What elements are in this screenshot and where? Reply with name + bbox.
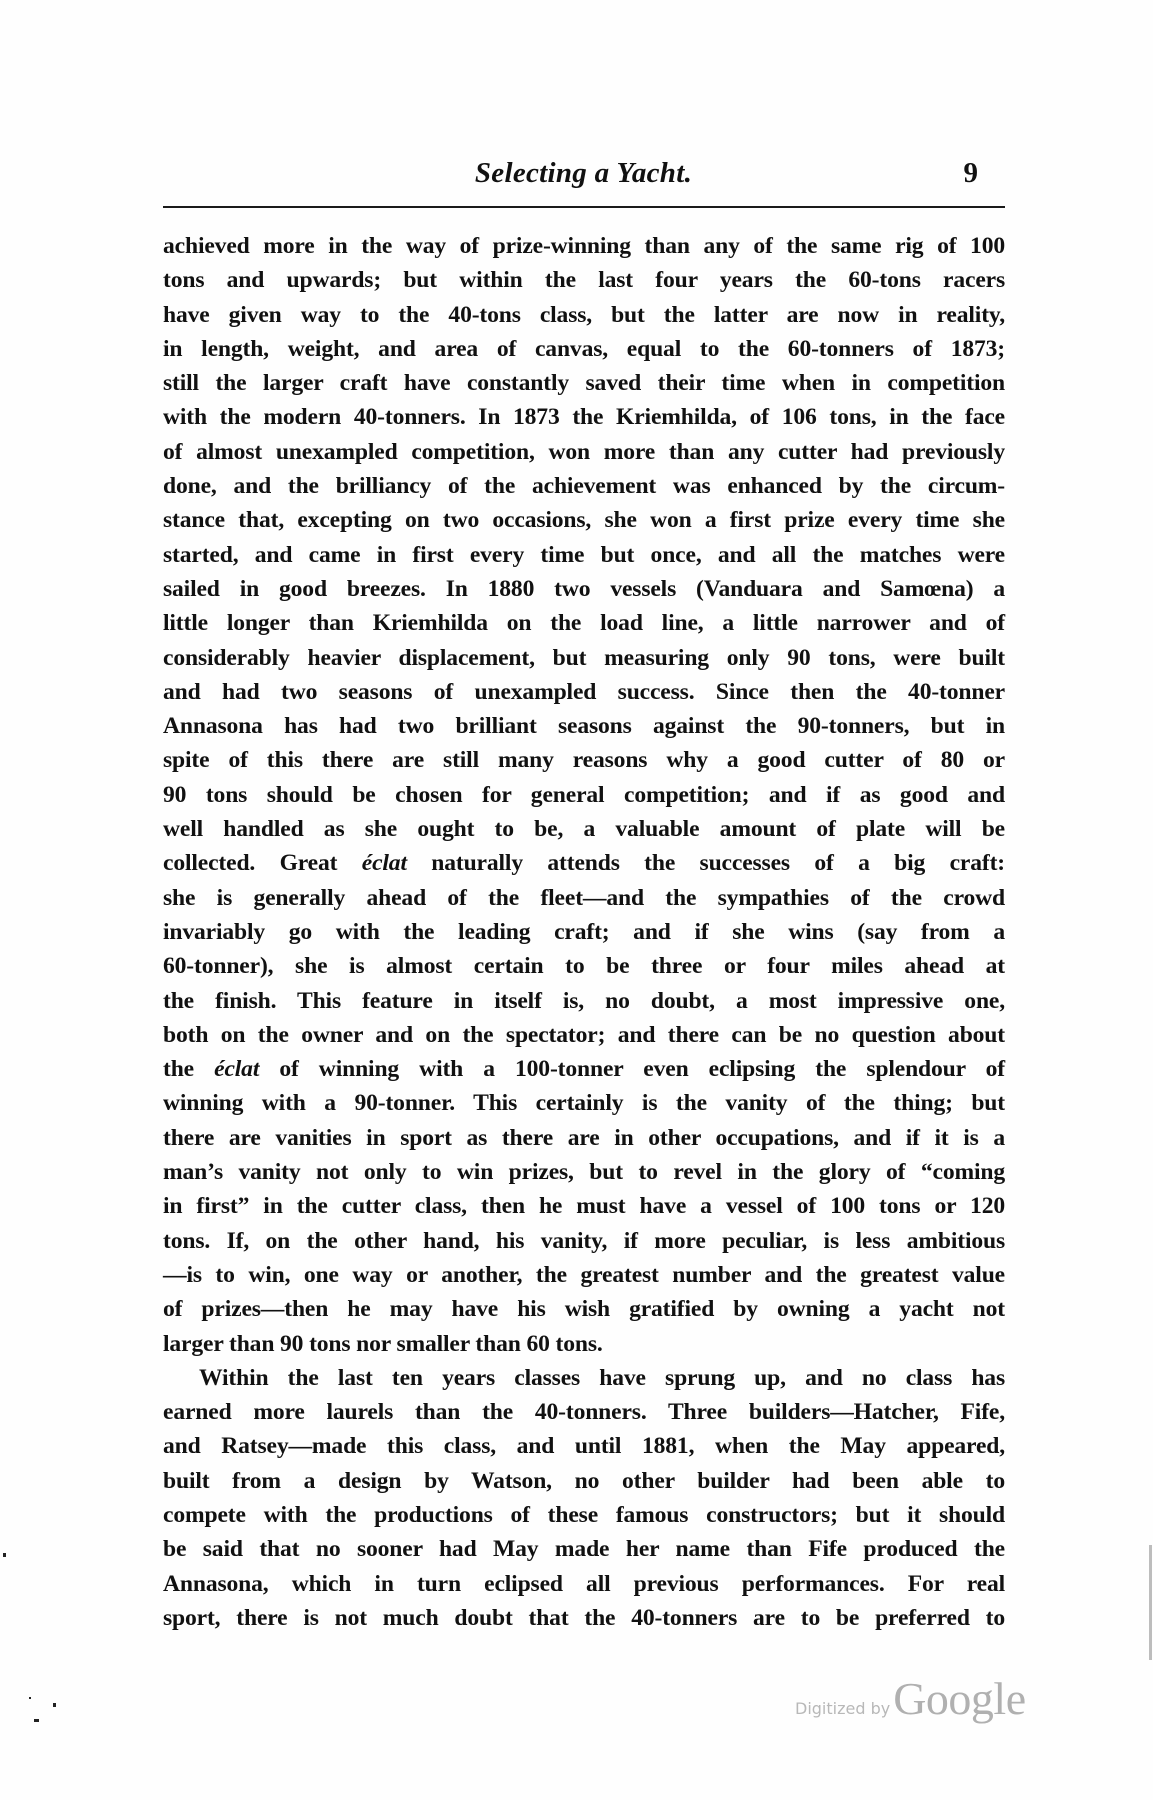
watermark-prefix: Digitized by	[795, 1699, 890, 1718]
text-line: she is generally ahead of the fleet—and …	[163, 881, 1005, 915]
text-line: 90 tons should be chosen for general com…	[163, 778, 1005, 812]
text-line: in length, weight, and area of canvas, e…	[163, 332, 1005, 366]
text-line: compete with the productions of these fa…	[163, 1498, 1005, 1532]
google-logo: Google	[893, 1673, 1025, 1724]
text-line: have given way to the 40-tons class, but…	[163, 298, 1005, 332]
text-line: sport, there is not much doubt that the …	[163, 1601, 1005, 1635]
text-line: 60-tonner), she is almost certain to be …	[163, 949, 1005, 983]
book-page: Selecting a Yacht. 9 achieved more in th…	[0, 0, 1153, 1800]
text-line: sailed in good breezes. In 1880 two vess…	[163, 572, 1005, 606]
text-line: still the larger craft have constantly s…	[163, 366, 1005, 400]
text-line: of almost unexampled competition, won mo…	[163, 435, 1005, 469]
header-rule	[163, 206, 1005, 208]
scan-speck	[34, 1719, 39, 1722]
text-line: be said that no sooner had May made her …	[163, 1532, 1005, 1566]
text-line: started, and came in first every time bu…	[163, 538, 1005, 572]
scan-speck	[29, 1697, 31, 1699]
text-line: collected. Great éclat naturally attends…	[163, 846, 1005, 880]
text-line: done, and the brilliancy of the achievem…	[163, 469, 1005, 503]
text-line: little longer than Kriemhilda on the loa…	[163, 606, 1005, 640]
text-line: with the modern 40-tonners. In 1873 the …	[163, 400, 1005, 434]
text-line: tons. If, on the other hand, his vanity,…	[163, 1224, 1005, 1258]
text-line: both on the owner and on the spectator; …	[163, 1018, 1005, 1052]
text-line: Annasona has had two brilliant seasons a…	[163, 709, 1005, 743]
scan-edge-strip	[1149, 1545, 1152, 1660]
text-line: considerably heavier displacement, but m…	[163, 641, 1005, 675]
text-line: stance that, excepting on two occasions,…	[163, 503, 1005, 537]
italic-word: éclat	[214, 1056, 259, 1082]
text-line: of prizes—then he may have his wish grat…	[163, 1292, 1005, 1326]
text-line: the éclat of winning with a 100-tonner e…	[163, 1052, 1005, 1086]
text-line: the finish. This feature in itself is, n…	[163, 984, 1005, 1018]
text-line: earned more laurels than the 40-tonners.…	[163, 1395, 1005, 1429]
italic-word: éclat	[362, 850, 407, 876]
text-line: invariably go with the leading craft; an…	[163, 915, 1005, 949]
digitized-by-google-watermark: Digitized byGoogle	[795, 1672, 1026, 1725]
text-line: Within the last ten years classes have s…	[163, 1361, 1005, 1395]
text-line: —is to win, one way or another, the grea…	[163, 1258, 1005, 1292]
text-line: spite of this there are still many reaso…	[163, 743, 1005, 777]
page-number: 9	[964, 157, 979, 190]
text-line: man’s vanity not only to win prizes, but…	[163, 1155, 1005, 1189]
text-line: larger than 90 tons nor smaller than 60 …	[163, 1327, 1005, 1361]
text-line: Annasona, which in turn eclipsed all pre…	[163, 1567, 1005, 1601]
scan-speck	[53, 1703, 56, 1707]
text-line: in first” in the cutter class, then he m…	[163, 1189, 1005, 1223]
text-line: built from a design by Watson, no other …	[163, 1464, 1005, 1498]
text-line: and had two seasons of unexampled succes…	[163, 675, 1005, 709]
scan-speck	[3, 1553, 6, 1557]
text-line: well handled as she ought to be, a valua…	[163, 812, 1005, 846]
running-head: Selecting a Yacht. 9	[163, 157, 1004, 197]
text-line: tons and upwards; but within the last fo…	[163, 263, 1005, 297]
body-text: achieved more in the way of prize-winnin…	[163, 229, 1005, 1635]
text-line: there are vanities in sport as there are…	[163, 1121, 1005, 1155]
text-line: and Ratsey—made this class, and until 18…	[163, 1429, 1005, 1463]
running-title: Selecting a Yacht.	[163, 157, 1004, 190]
text-line: winning with a 90-tonner. This certainly…	[163, 1086, 1005, 1120]
text-line: achieved more in the way of prize-winnin…	[163, 229, 1005, 263]
